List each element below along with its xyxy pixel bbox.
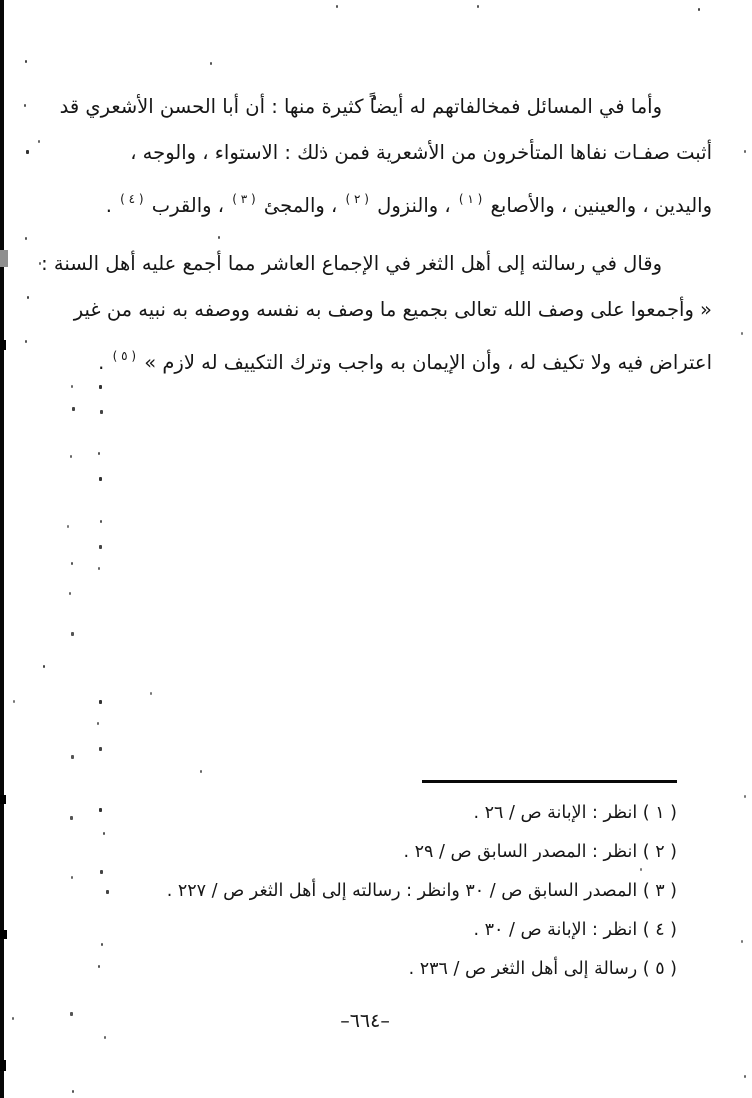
footnote-marker: ( ٤ ) [118,192,145,206]
dust-speck [71,562,73,565]
text-line: واليدين ، والعينين ، والأصابع ( ١ ) ، وا… [60,176,712,229]
body-text: وأما في المسائل فمخالفاتهم له أيضاً كثير… [60,84,712,398]
text-line: « وأجمعوا على وصف الله تعالى بجميع ما وص… [60,287,712,333]
dust-speck [72,407,75,411]
dust-speck [38,140,40,143]
dust-speck [336,5,338,8]
scan-edge-nub [0,795,6,804]
dust-speck [71,755,74,759]
paragraph: وقال في رسالته إلى أهل الثغر في الإجماع … [60,241,712,386]
footnote-1: ( ١ ) انظر : الإبانة ص / ٢٦ . [70,794,677,833]
scan-edge-nub [0,930,7,939]
dust-speck [100,410,103,414]
dust-speck [200,770,202,773]
footnote-marker: ( ٣ ) [230,192,257,206]
dust-speck [70,1012,73,1016]
text-line: وقال في رسالته إلى أهل الثغر في الإجماع … [60,241,712,287]
dust-speck [741,940,743,943]
text-segment: ، والقرب [146,194,231,217]
dust-speck [99,477,102,481]
dust-speck [97,722,99,725]
dust-speck [744,150,746,153]
dust-speck [744,795,746,798]
text-segment: اعتراض فيه ولا تكيف له ، وأن الإيمان به … [138,351,712,374]
scan-edge-nub [0,1060,6,1071]
text-line: اعتراض فيه ولا تكيف له ، وأن الإيمان به … [60,333,712,386]
dust-speck [69,592,71,595]
scan-edge-blob [0,250,8,267]
footnote-3: ( ٣ ) المصدر السابق ص / ٣٠ وانظر : رسالت… [70,872,677,911]
text-segment: . [98,351,110,374]
dust-speck [104,1036,106,1039]
scan-edge-nub [0,340,6,350]
dust-speck [70,455,72,458]
dust-speck [98,452,100,455]
dust-speck [741,332,743,335]
dust-speck [26,150,29,154]
dust-speck [72,1090,74,1093]
text-line: وأما في المسائل فمخالفاتهم له أيضاً كثير… [60,84,712,130]
dust-speck [100,520,102,523]
text-segment: . [106,194,118,217]
dust-speck [210,62,212,65]
footnotes: ( ١ ) انظر : الإبانة ص / ٢٦ . ( ٢ ) انظر… [70,794,677,989]
footnote-marker: ( ٥ ) [111,349,138,363]
footnote-2: ( ٢ ) انظر : المصدر السابق ص / ٢٩ . [70,833,677,872]
text-line: أثبت صفـات نفاها المتأخرون من الأشعرية ف… [60,130,712,176]
dust-speck [477,5,479,8]
paragraph: وأما في المسائل فمخالفاتهم له أيضاً كثير… [60,84,712,229]
dust-speck [27,296,29,299]
dust-speck [13,700,15,703]
dust-speck [698,8,700,11]
dust-speck [71,632,74,636]
text-segment: واليدين ، والعينين ، والأصابع [484,194,712,217]
dust-speck [43,665,45,668]
text-segment: ، والمجئ [258,194,344,217]
dust-speck [25,60,27,63]
dust-speck [98,567,100,570]
text-segment: ، والنزول [371,194,457,217]
footnote-5: ( ٥ ) رسالة إلى أهل الثغر ص / ٢٣٦ . [70,950,677,989]
dust-speck [99,545,102,549]
text-segment: وقال في رسالته إلى أهل الثغر في الإجماع … [41,252,662,275]
dust-speck [12,1017,14,1020]
text-segment: أثبت صفـات نفاها المتأخرون من الأشعرية ف… [130,141,712,164]
dust-speck [744,1075,746,1078]
dust-speck [24,104,26,107]
dust-speck [99,747,102,751]
dust-speck [99,700,102,704]
text-segment: وأما في المسائل فمخالفاتهم له أيضاً كثير… [60,95,662,118]
dust-speck [25,237,27,240]
text-segment: « وأجمعوا على وصف الله تعالى بجميع ما وص… [74,298,712,321]
footnote-marker: ( ٢ ) [344,192,371,206]
page-scan: وأما في المسائل فمخالفاتهم له أيضاً كثير… [0,0,752,1098]
footnote-separator [422,780,677,783]
dust-speck [25,340,27,343]
footnote-4: ( ٤ ) انظر : الإبانة ص / ٣٠ . [70,911,677,950]
dust-speck [67,525,69,528]
dust-speck [150,692,152,695]
page-number: –٦٦٤– [295,1010,435,1032]
footnote-marker: ( ١ ) [457,192,484,206]
